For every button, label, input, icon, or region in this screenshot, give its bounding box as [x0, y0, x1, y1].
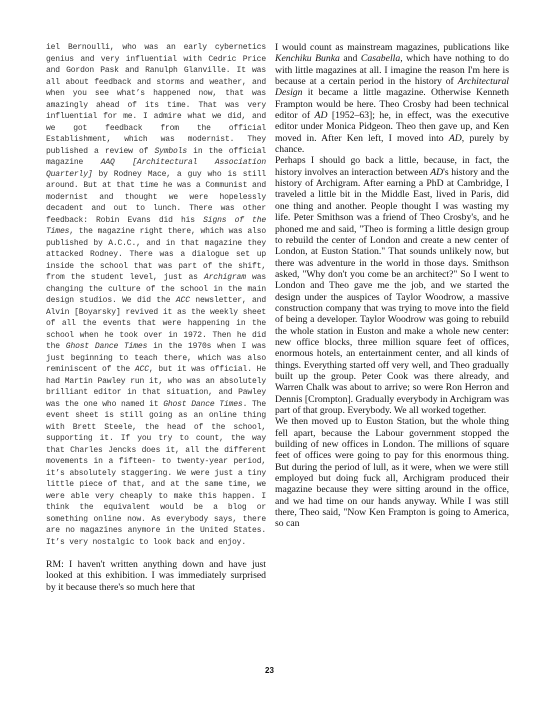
- italic-text-run: ACC: [135, 365, 149, 374]
- italic-text-run: Ghost Dance Times: [163, 400, 242, 409]
- italic-text-run: AD: [315, 110, 328, 121]
- italic-text-run: AD: [430, 167, 443, 178]
- italic-text-run: Kenchiku Bunka: [275, 53, 340, 64]
- text-run: RM: I haven't written anything down and …: [46, 559, 266, 593]
- text-run: iel Bernoulli, who was an early cybernet…: [46, 43, 266, 156]
- italic-text-run: Archigram: [204, 273, 246, 282]
- paragraph: I would count as mainstream magazines, p…: [275, 42, 509, 155]
- text-run: . The event sheet is still going as an o…: [46, 400, 266, 547]
- document-page: iel Bernoulli, who was an early cybernet…: [0, 0, 539, 709]
- text-run: We then moved up to Euston Station, but …: [275, 416, 509, 529]
- italic-text-run: Symbols: [154, 147, 187, 156]
- text-run: and: [340, 53, 361, 64]
- italic-text-run: ACC: [176, 296, 190, 305]
- text-run: I would count as mainstream magazines, p…: [275, 42, 509, 53]
- paragraph: Perhaps I should go back a little, becau…: [275, 155, 509, 416]
- text-columns: iel Bernoulli, who was an early cybernet…: [46, 42, 509, 656]
- paragraph: iel Bernoulli, who was an early cybernet…: [46, 42, 266, 548]
- italic-text-run: Ghost Dance Times: [66, 342, 147, 351]
- italic-text-run: Casabella: [361, 53, 400, 64]
- italic-text-run: AD: [449, 133, 462, 144]
- paragraph: We then moved up to Euston Station, but …: [275, 416, 509, 529]
- paragraph: RM: I haven't written anything down and …: [46, 559, 266, 593]
- text-run: 's history and the history of Archigram.…: [275, 167, 509, 416]
- right-column: I would count as mainstream magazines, p…: [275, 42, 509, 656]
- page-number: 23: [0, 666, 539, 675]
- left-column: iel Bernoulli, who was an early cybernet…: [46, 42, 266, 656]
